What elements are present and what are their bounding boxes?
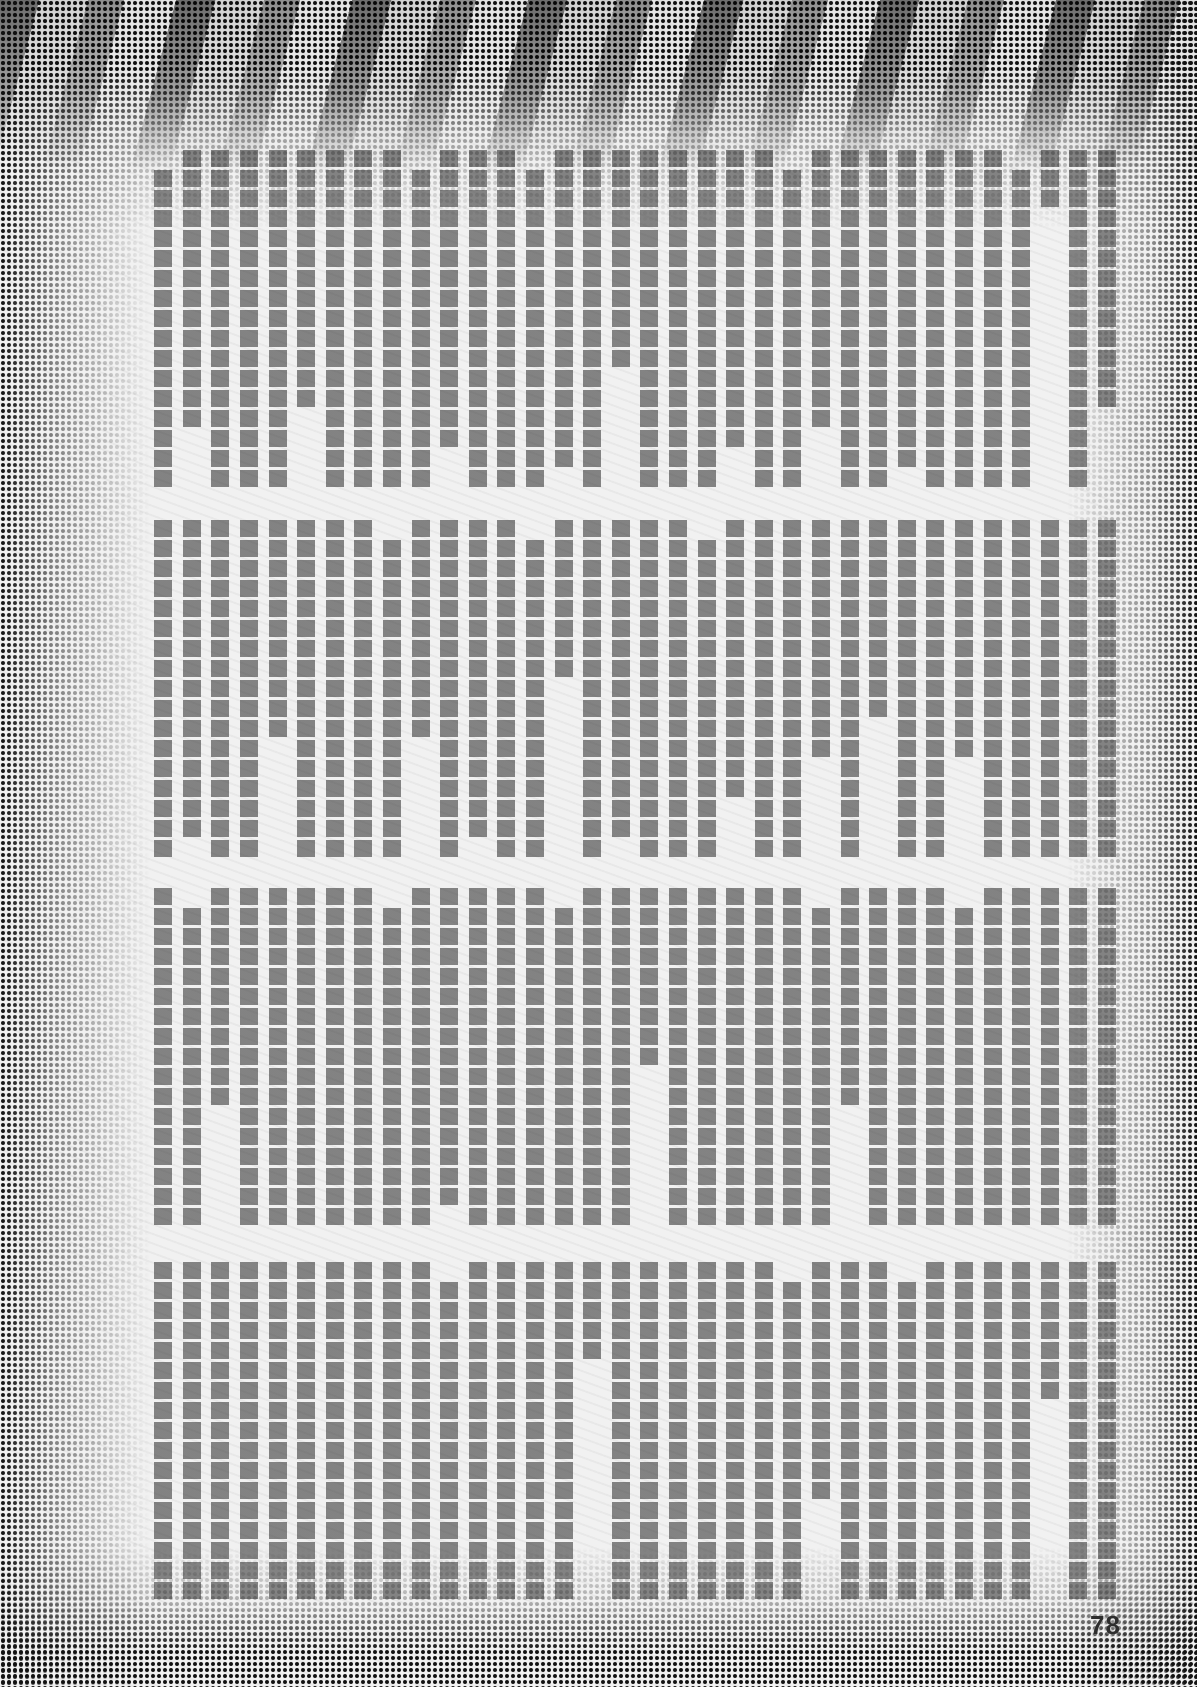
text-column [582, 150, 602, 490]
text-column [925, 1262, 945, 1602]
text-line-placeholder [841, 1262, 859, 1602]
text-column [382, 520, 402, 860]
text-column [897, 520, 917, 860]
text-line-placeholder [240, 888, 258, 1228]
text-column [725, 150, 745, 490]
text-column [1097, 150, 1117, 490]
text-column [1011, 520, 1031, 860]
text-column [554, 888, 574, 1228]
text-line-placeholder [898, 150, 916, 470]
text-tier-4 [137, 1262, 1117, 1602]
text-column [925, 888, 945, 1228]
text-column [983, 1262, 1003, 1602]
text-line-placeholder [669, 520, 687, 860]
text-column [1011, 150, 1031, 490]
dark-streaks-top [0, 0, 1197, 170]
text-line-placeholder [1041, 1262, 1059, 1402]
text-column [868, 520, 888, 860]
text-line-placeholder [354, 1262, 372, 1602]
text-column [239, 888, 259, 1228]
text-column [382, 888, 402, 1228]
text-line-placeholder [383, 1262, 401, 1602]
text-column [954, 150, 974, 490]
text-line-placeholder [726, 520, 744, 800]
text-line-placeholder [1012, 888, 1030, 1228]
text-line-placeholder [440, 888, 458, 1208]
text-column [983, 520, 1003, 860]
text-line-placeholder [640, 520, 658, 860]
text-column [811, 520, 831, 860]
text-line-placeholder [955, 908, 973, 1228]
text-line-placeholder [783, 888, 801, 1228]
text-column [554, 1262, 574, 1602]
text-column [496, 150, 516, 490]
text-line-placeholder [297, 1262, 315, 1602]
text-line-placeholder [640, 1262, 658, 1602]
text-column [954, 1262, 974, 1602]
text-column [668, 888, 688, 1228]
text-column [954, 888, 974, 1228]
text-line-placeholder [755, 888, 773, 1228]
text-line-placeholder [841, 150, 859, 490]
text-column [525, 520, 545, 860]
text-line-placeholder [269, 1262, 287, 1602]
text-column [582, 888, 602, 1228]
text-column [210, 150, 230, 490]
text-line-placeholder [1041, 888, 1059, 1228]
text-line-placeholder [955, 520, 973, 760]
text-line-placeholder [926, 520, 944, 860]
text-column [296, 888, 316, 1228]
text-column [182, 150, 202, 490]
text-column [325, 520, 345, 860]
text-column [754, 150, 774, 490]
text-column [268, 1262, 288, 1602]
text-line-placeholder [984, 520, 1002, 860]
text-line-placeholder [211, 520, 229, 860]
text-line-placeholder [154, 888, 172, 1228]
text-line-placeholder [412, 520, 430, 740]
text-line-placeholder [183, 520, 201, 840]
text-column [353, 1262, 373, 1602]
text-line-placeholder [898, 520, 916, 860]
text-column [697, 1262, 717, 1602]
text-line-placeholder [583, 1262, 601, 1362]
text-column [210, 1262, 230, 1602]
text-line-placeholder [526, 888, 544, 1228]
text-line-placeholder [669, 1262, 687, 1602]
text-column [325, 888, 345, 1228]
text-line-placeholder [1069, 150, 1087, 490]
text-column [697, 888, 717, 1228]
text-line-placeholder [440, 1282, 458, 1602]
text-line-placeholder [469, 520, 487, 840]
text-column [525, 888, 545, 1228]
text-line-placeholder [869, 520, 887, 720]
text-line-placeholder [812, 150, 830, 430]
text-column [468, 1262, 488, 1602]
text-column [840, 150, 860, 490]
text-column [725, 520, 745, 860]
text-column [153, 1262, 173, 1602]
text-line-placeholder [440, 150, 458, 450]
text-column [496, 520, 516, 860]
text-column [468, 888, 488, 1228]
text-column [268, 888, 288, 1228]
text-column [554, 150, 574, 490]
text-column [611, 1262, 631, 1602]
text-column [611, 888, 631, 1228]
text-column [182, 888, 202, 1228]
text-line-placeholder [898, 888, 916, 1228]
text-line-placeholder [469, 1262, 487, 1602]
text-column [153, 150, 173, 490]
text-line-placeholder [1069, 520, 1087, 860]
text-line-placeholder [1012, 520, 1030, 860]
text-column [1040, 520, 1060, 860]
text-line-placeholder [297, 150, 315, 410]
text-line-placeholder [269, 520, 287, 740]
text-column [697, 150, 717, 490]
text-line-placeholder [755, 520, 773, 860]
text-column [668, 150, 688, 490]
text-column [1011, 888, 1031, 1228]
text-column [496, 888, 516, 1228]
text-line-placeholder [926, 888, 944, 1228]
text-column [1097, 888, 1117, 1228]
text-column [868, 1262, 888, 1602]
text-line-placeholder [640, 888, 658, 1068]
text-column [353, 150, 373, 490]
text-column [639, 888, 659, 1228]
text-column [182, 520, 202, 860]
text-column [468, 150, 488, 490]
text-line-placeholder [497, 150, 515, 490]
text-column [697, 520, 717, 860]
text-line-placeholder [698, 1262, 716, 1602]
text-line-placeholder [555, 520, 573, 680]
text-line-placeholder [783, 1282, 801, 1602]
text-column [1097, 520, 1117, 860]
text-column [239, 1262, 259, 1602]
text-column [954, 520, 974, 860]
text-line-placeholder [497, 888, 515, 1228]
text-column [325, 150, 345, 490]
text-line-placeholder [1012, 1262, 1030, 1602]
text-line-placeholder [183, 908, 201, 1228]
text-line-placeholder [583, 520, 601, 860]
text-line-placeholder [1069, 888, 1087, 1228]
text-line-placeholder [526, 1262, 544, 1602]
text-column [153, 520, 173, 860]
text-line-placeholder [583, 150, 601, 490]
text-line-placeholder [669, 888, 687, 1228]
text-line-placeholder [240, 1262, 258, 1602]
text-column [639, 1262, 659, 1602]
text-line-placeholder [1041, 150, 1059, 210]
text-line-placeholder [1012, 170, 1030, 490]
text-line-placeholder [326, 150, 344, 490]
text-line-placeholder [240, 150, 258, 490]
text-line-placeholder [698, 540, 716, 860]
text-column [811, 888, 831, 1228]
text-line-placeholder [640, 150, 658, 490]
text-line-placeholder [612, 1262, 630, 1602]
text-column [382, 150, 402, 490]
text-line-placeholder [755, 150, 773, 490]
text-column [439, 888, 459, 1228]
text-line-placeholder [812, 1262, 830, 1502]
text-tier-3 [137, 888, 1117, 1228]
text-column [353, 520, 373, 860]
text-column [268, 520, 288, 860]
text-line-placeholder [984, 888, 1002, 1228]
text-line-placeholder [984, 150, 1002, 490]
text-line-placeholder [269, 888, 287, 1228]
text-line-placeholder [383, 540, 401, 860]
text-column [296, 1262, 316, 1602]
text-column [1040, 1262, 1060, 1602]
text-line-placeholder [783, 170, 801, 490]
text-line-placeholder [726, 888, 744, 1228]
text-column [983, 888, 1003, 1228]
text-line-placeholder [612, 520, 630, 840]
text-column [925, 150, 945, 490]
text-column [1097, 1262, 1117, 1602]
text-line-placeholder [984, 1262, 1002, 1602]
text-line-placeholder [326, 520, 344, 860]
text-line-placeholder [955, 1262, 973, 1602]
text-column [754, 888, 774, 1228]
text-line-placeholder [869, 888, 887, 1228]
text-column [296, 150, 316, 490]
text-tier-2 [137, 520, 1117, 860]
text-column [210, 888, 230, 1228]
text-column [1068, 150, 1088, 490]
text-line-placeholder [955, 150, 973, 490]
text-column [411, 888, 431, 1228]
text-column [411, 150, 431, 490]
text-line-placeholder [412, 888, 430, 1228]
text-line-placeholder [555, 150, 573, 470]
text-line-placeholder [211, 150, 229, 490]
text-line-placeholder [869, 1262, 887, 1602]
text-line-placeholder [1098, 150, 1116, 410]
text-column [925, 520, 945, 860]
text-line-placeholder [469, 150, 487, 490]
text-column [468, 520, 488, 860]
text-column [554, 520, 574, 860]
text-column [268, 150, 288, 490]
text-line-placeholder [1069, 1262, 1087, 1602]
text-column [353, 888, 373, 1228]
text-line-placeholder [612, 150, 630, 370]
text-column [611, 520, 631, 860]
text-line-placeholder [354, 150, 372, 490]
text-line-placeholder [526, 170, 544, 490]
text-column [439, 520, 459, 860]
text-line-placeholder [297, 888, 315, 1228]
text-column [639, 520, 659, 860]
text-line-placeholder [926, 150, 944, 490]
text-column [411, 1262, 431, 1602]
text-line-placeholder [269, 150, 287, 490]
text-line-placeholder [926, 1262, 944, 1602]
text-line-placeholder [869, 150, 887, 490]
text-line-placeholder [726, 150, 744, 450]
text-line-placeholder [783, 520, 801, 860]
text-line-placeholder [1098, 888, 1116, 1228]
text-line-placeholder [669, 150, 687, 490]
text-column [1011, 1262, 1031, 1602]
text-column [239, 150, 259, 490]
text-line-placeholder [383, 150, 401, 490]
text-line-placeholder [211, 888, 229, 1108]
text-line-placeholder [154, 520, 172, 860]
text-column [582, 520, 602, 860]
text-column [897, 150, 917, 490]
text-column [1068, 1262, 1088, 1602]
text-column [1040, 150, 1060, 490]
text-column [897, 888, 917, 1228]
text-line-placeholder [812, 908, 830, 1228]
text-line-placeholder [183, 1262, 201, 1602]
text-line-placeholder [841, 888, 859, 1108]
text-column [782, 1262, 802, 1602]
text-column [639, 150, 659, 490]
text-line-placeholder [154, 170, 172, 490]
text-column [840, 1262, 860, 1602]
text-column [782, 150, 802, 490]
text-line-placeholder [526, 540, 544, 860]
text-column [525, 150, 545, 490]
text-column [725, 888, 745, 1228]
text-column [611, 150, 631, 490]
text-column [1068, 520, 1088, 860]
text-line-placeholder [354, 888, 372, 1228]
text-column [439, 1262, 459, 1602]
text-line-placeholder [211, 1262, 229, 1602]
text-column [782, 888, 802, 1228]
text-column [1068, 888, 1088, 1228]
text-line-placeholder [469, 888, 487, 1228]
text-line-placeholder [698, 888, 716, 1228]
text-column [325, 1262, 345, 1602]
text-column [811, 150, 831, 490]
text-line-placeholder [154, 1262, 172, 1602]
text-line-placeholder [497, 1262, 515, 1602]
text-line-placeholder [841, 520, 859, 860]
text-line-placeholder [326, 888, 344, 1228]
text-column [754, 1262, 774, 1602]
text-column [382, 1262, 402, 1602]
text-column [668, 520, 688, 860]
text-column [1040, 888, 1060, 1228]
text-line-placeholder [354, 520, 372, 860]
text-column [525, 1262, 545, 1602]
text-tier-1 [137, 150, 1117, 490]
text-column [582, 1262, 602, 1602]
text-column [782, 520, 802, 860]
text-line-placeholder [583, 888, 601, 1228]
halftone-left-border [0, 0, 150, 1687]
text-column [725, 1262, 745, 1602]
text-line-placeholder [412, 170, 430, 490]
text-line-placeholder [297, 520, 315, 860]
text-column [868, 150, 888, 490]
text-line-placeholder [497, 520, 515, 860]
text-column [496, 1262, 516, 1602]
text-line-placeholder [1041, 520, 1059, 860]
text-column [840, 888, 860, 1228]
text-line-placeholder [698, 150, 716, 490]
text-line-placeholder [1098, 520, 1116, 860]
text-column [153, 888, 173, 1228]
text-line-placeholder [240, 520, 258, 860]
text-line-placeholder [755, 1262, 773, 1602]
page-number: 78 [1090, 1610, 1121, 1641]
text-line-placeholder [383, 908, 401, 1228]
text-column [239, 520, 259, 860]
text-line-placeholder [183, 150, 201, 430]
text-line-placeholder [412, 1262, 430, 1602]
text-line-placeholder [440, 520, 458, 860]
text-line-placeholder [726, 1262, 744, 1602]
text-column [210, 520, 230, 860]
text-line-placeholder [898, 1282, 916, 1602]
text-column [897, 1262, 917, 1602]
text-column [296, 520, 316, 860]
text-column [439, 150, 459, 490]
text-column [983, 150, 1003, 490]
text-line-placeholder [326, 1262, 344, 1602]
text-line-placeholder [1098, 1262, 1116, 1602]
text-line-placeholder [812, 520, 830, 760]
text-column [668, 1262, 688, 1602]
text-column [868, 888, 888, 1228]
text-column [754, 520, 774, 860]
text-line-placeholder [555, 908, 573, 1228]
text-column [411, 520, 431, 860]
text-line-placeholder [555, 1262, 573, 1602]
text-column [182, 1262, 202, 1602]
text-column [840, 520, 860, 860]
text-column [811, 1262, 831, 1602]
text-line-placeholder [612, 888, 630, 1228]
